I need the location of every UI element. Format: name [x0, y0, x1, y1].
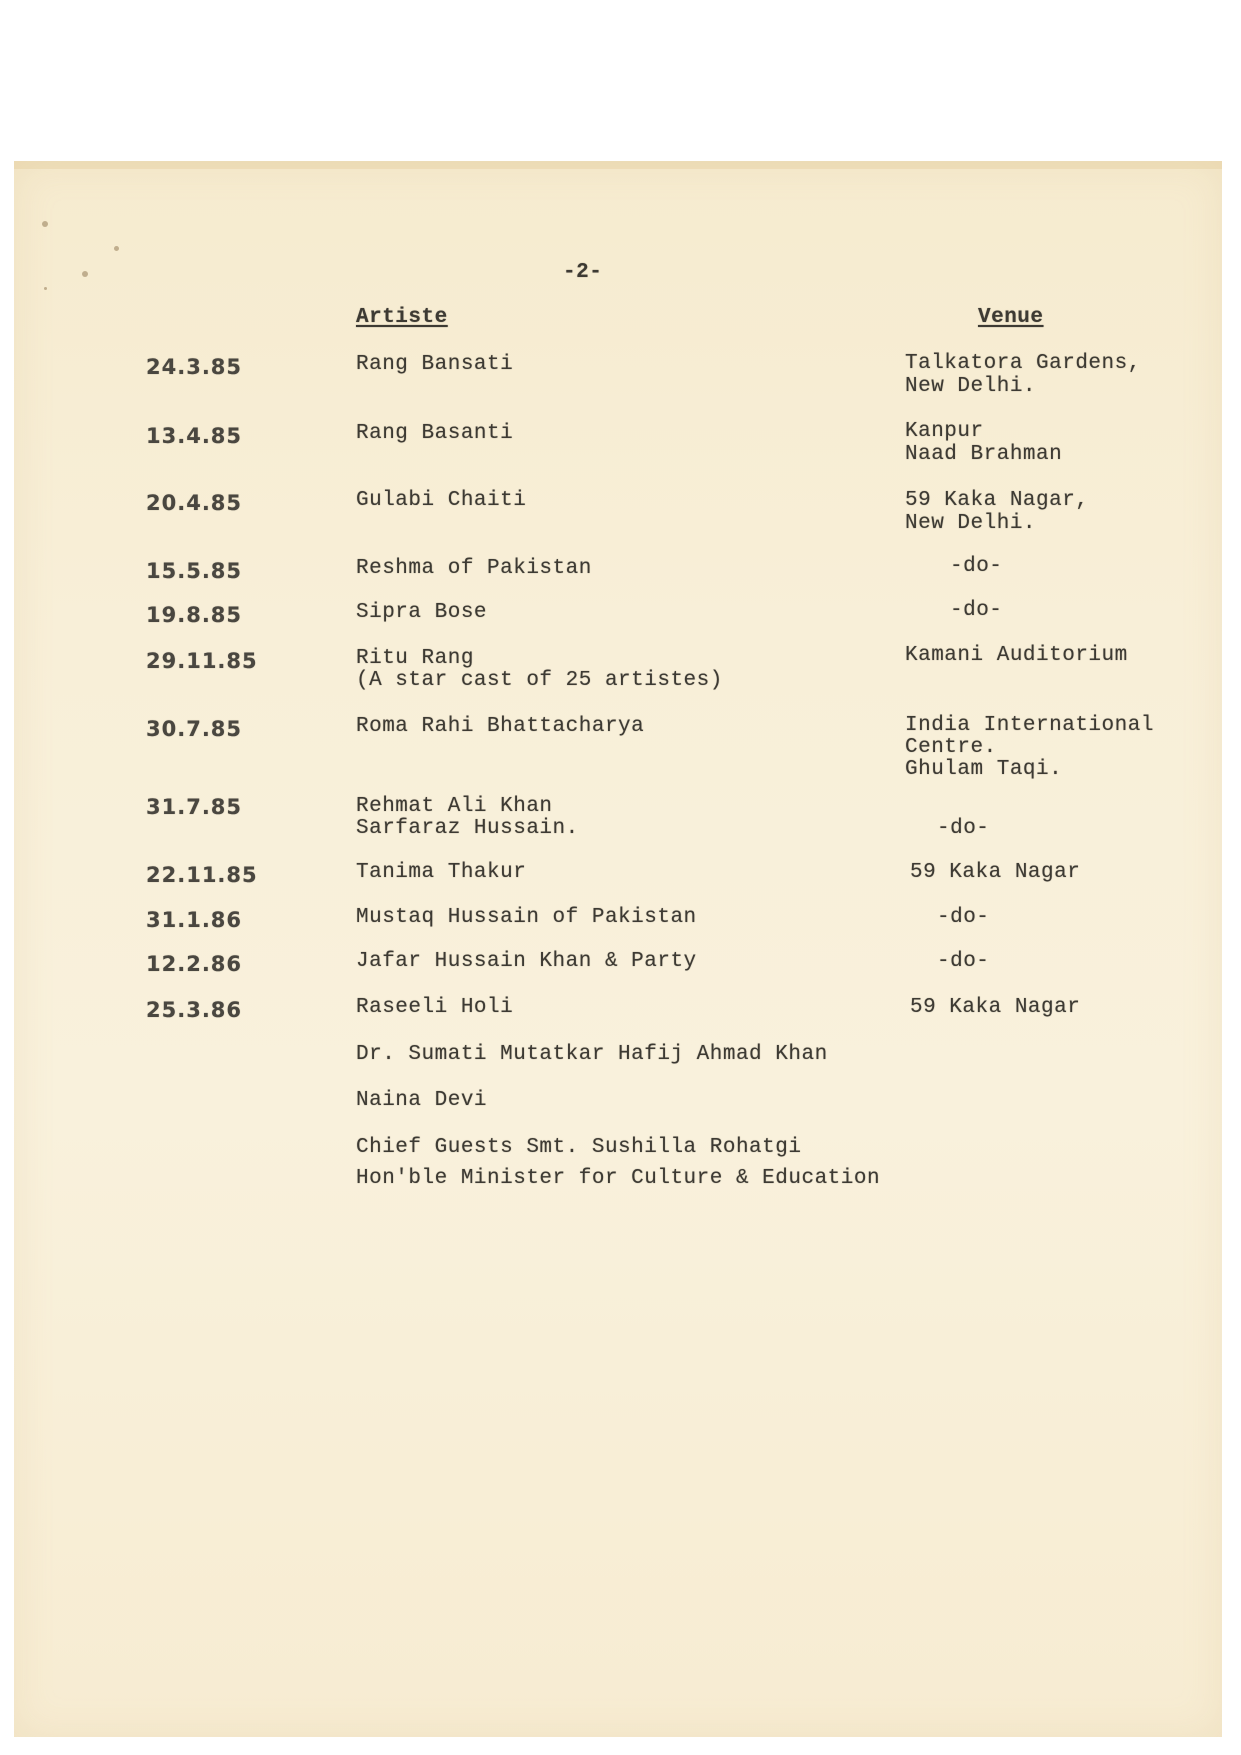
- row-date: 15.5.85: [146, 560, 242, 582]
- row-artiste: Tanima Thakur: [356, 862, 526, 884]
- row-venue: -do-: [937, 951, 989, 973]
- row-venue: New Delhi.: [905, 513, 1036, 535]
- row-venue: 59 Kaka Nagar: [910, 862, 1080, 884]
- header-venue: Venue: [978, 307, 1044, 329]
- row-artiste: Reshma of Pakistan: [356, 558, 592, 580]
- row-venue: 59 Kaka Nagar: [910, 997, 1080, 1019]
- row-artiste: Rang Basanti: [356, 423, 513, 445]
- row-venue: Kanpur: [905, 421, 984, 443]
- row-venue: -do-: [950, 556, 1002, 578]
- row-venue: New Delhi.: [905, 376, 1036, 398]
- chief-guest-title-line: Hon'ble Minister for Culture & Education: [356, 1168, 880, 1190]
- page-number: -2-: [563, 262, 602, 284]
- row-artiste: Sarfaraz Hussain.: [356, 818, 579, 840]
- paper-tear-mark: [42, 221, 48, 227]
- row-date: 25.3.86: [146, 999, 242, 1021]
- performers-line: Naina Devi: [356, 1090, 487, 1112]
- row-date: 22.11.85: [146, 864, 258, 886]
- row-venue: -do-: [937, 818, 989, 840]
- row-artiste: Gulabi Chaiti: [356, 490, 526, 512]
- row-date: 24.3.85: [146, 356, 242, 378]
- row-artiste: Sipra Bose: [356, 602, 487, 624]
- row-venue: India International: [905, 715, 1154, 737]
- row-artiste: Mustaq Hussain of Pakistan: [356, 907, 697, 929]
- row-artiste: Roma Rahi Bhattacharya: [356, 716, 644, 738]
- paper-tear-mark: [44, 287, 47, 290]
- row-artiste: (A star cast of 25 artistes): [356, 670, 723, 692]
- row-artiste: Rehmat Ali Khan: [356, 796, 553, 818]
- row-date: 12.2.86: [146, 953, 242, 975]
- performers-line: Dr. Sumati Mutatkar Hafij Ahmad Khan: [356, 1044, 828, 1066]
- row-date: 31.7.85: [146, 796, 242, 818]
- row-artiste: Ritu Rang: [356, 648, 474, 670]
- row-venue: -do-: [950, 600, 1002, 622]
- row-venue: 59 Kaka Nagar,: [905, 490, 1088, 512]
- row-date: 30.7.85: [146, 718, 242, 740]
- row-artiste: Rang Bansati: [356, 354, 513, 376]
- paper-page: [14, 161, 1222, 1737]
- row-venue: Centre.: [905, 737, 997, 759]
- chief-guest-line: Chief Guests Smt. Sushilla Rohatgi: [356, 1137, 801, 1159]
- row-date: 13.4.85: [146, 425, 242, 447]
- row-date: 19.8.85: [146, 604, 242, 626]
- row-artiste: Jafar Hussain Khan & Party: [356, 951, 697, 973]
- header-artiste: Artiste: [356, 307, 448, 329]
- paper-tear-mark: [82, 271, 88, 277]
- row-venue: Talkatora Gardens,: [905, 353, 1141, 375]
- row-date: 20.4.85: [146, 492, 242, 514]
- row-venue: Naad Brahman: [905, 444, 1062, 466]
- row-venue: Kamani Auditorium: [905, 645, 1128, 667]
- row-venue: Ghulam Taqi.: [905, 759, 1062, 781]
- paper-tear-mark: [114, 246, 119, 251]
- row-date: 31.1.86: [146, 909, 242, 931]
- row-date: 29.11.85: [146, 650, 258, 672]
- row-venue: -do-: [937, 907, 989, 929]
- row-artiste: Raseeli Holi: [356, 997, 513, 1019]
